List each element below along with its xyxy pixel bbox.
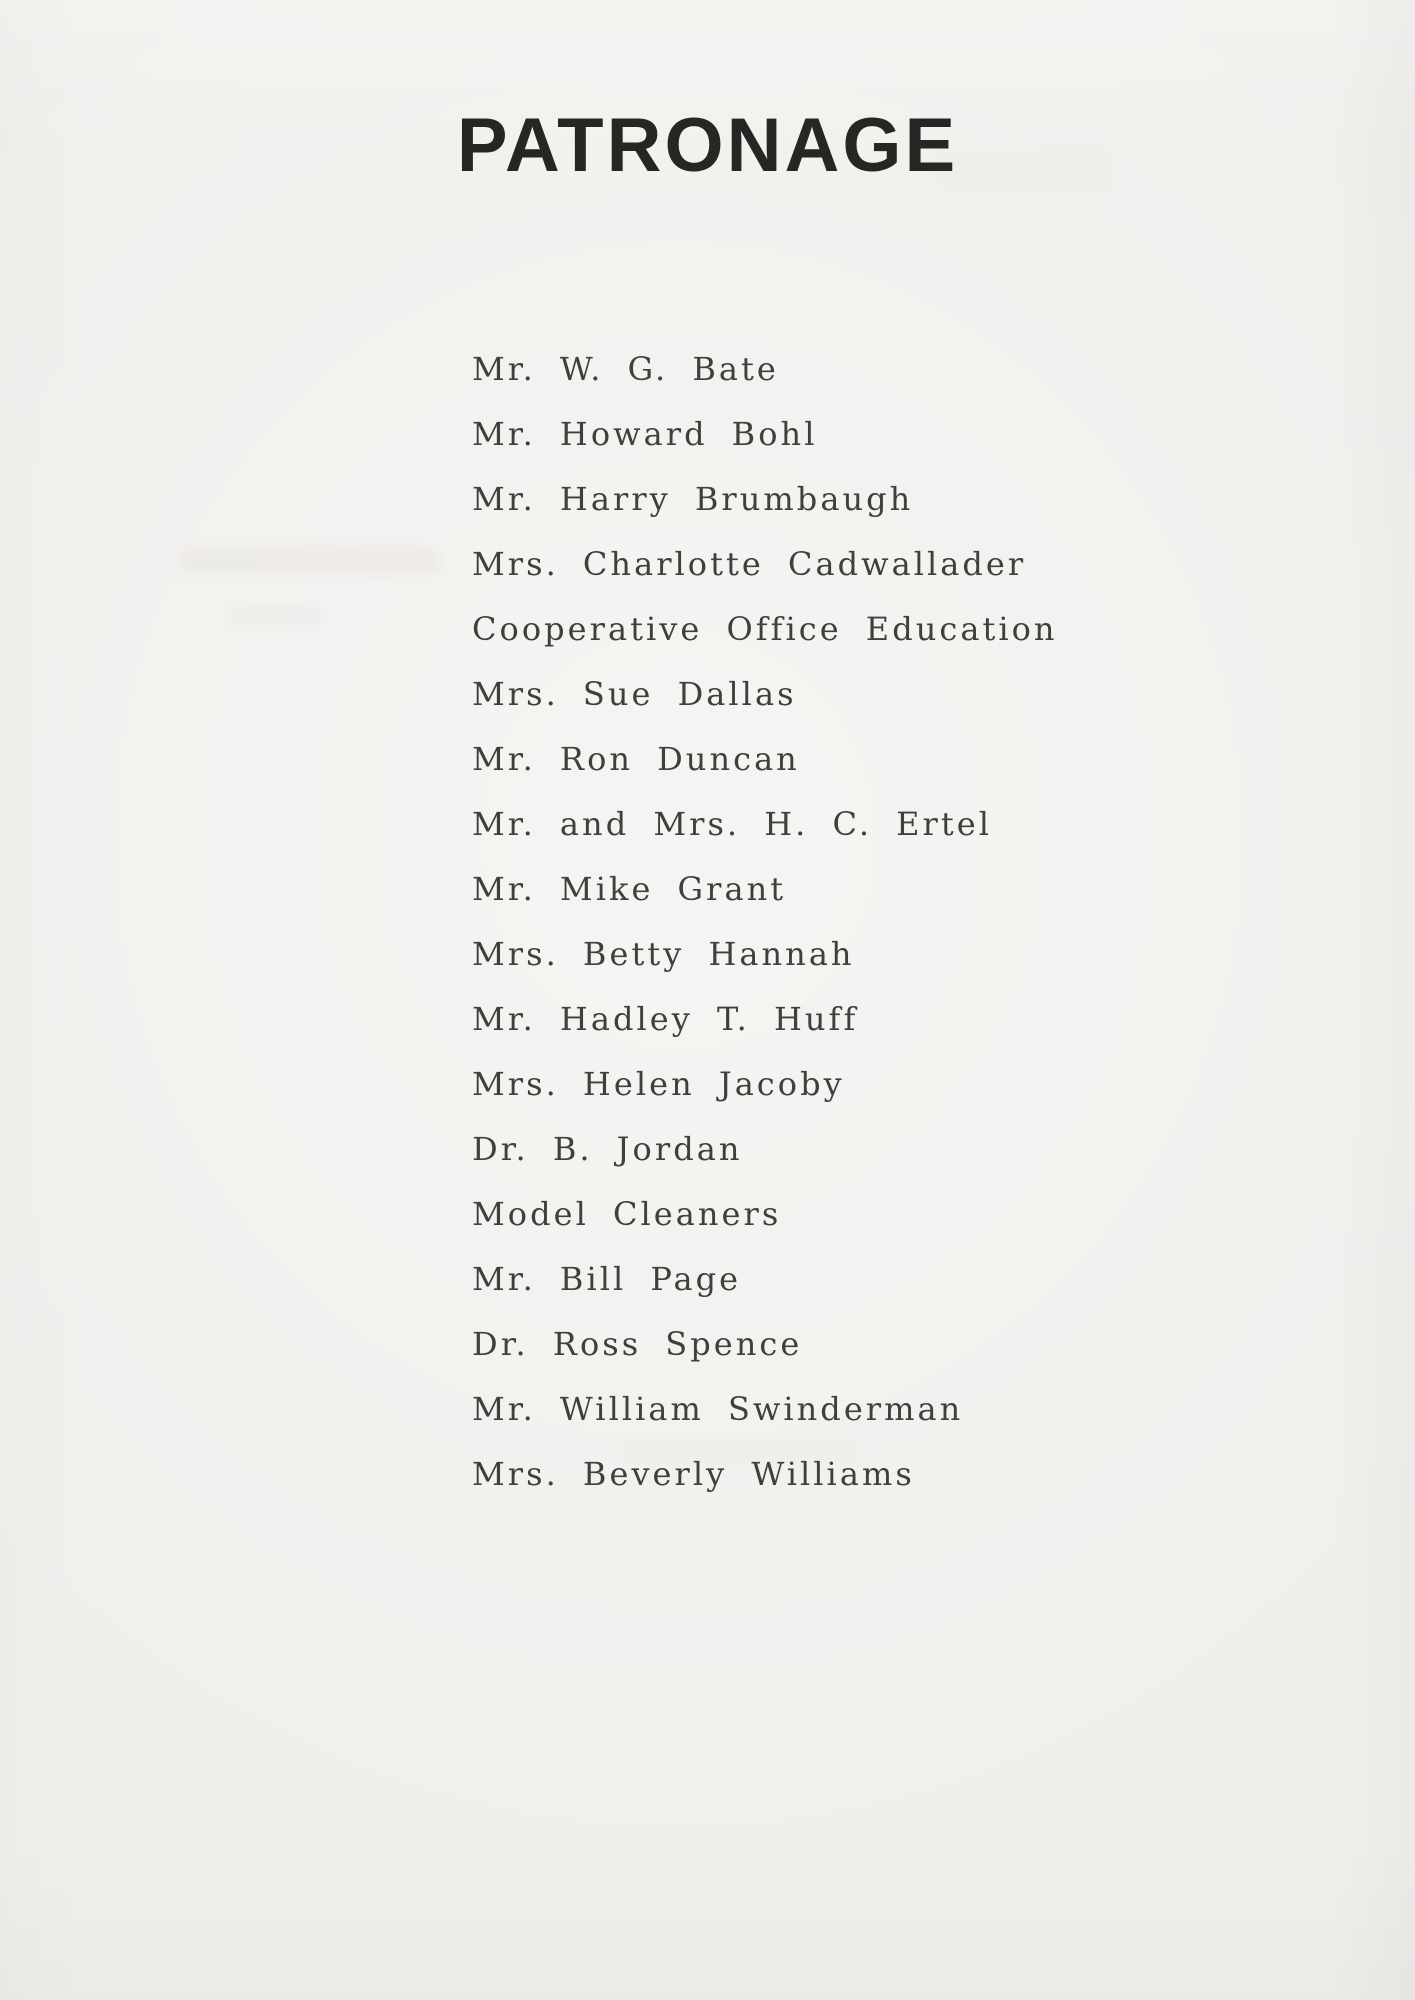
patron-list-item: Mr. Bill Page xyxy=(472,1247,1058,1312)
patron-list-item: Mr. Mike Grant xyxy=(472,857,1058,922)
patron-list-item: Mr. Harry Brumbaugh xyxy=(472,467,1058,532)
patron-list-item: Model Cleaners xyxy=(472,1182,1058,1247)
patron-list-item: Mrs. Charlotte Cadwallader xyxy=(472,532,1058,597)
patron-list-item: Mr. Howard Bohl xyxy=(472,402,1058,467)
scanned-patronage-page: PATRONAGE Mr. W. G. Bate Mr. Howard Bohl… xyxy=(0,0,1415,2000)
page-title: PATRONAGE xyxy=(0,108,1415,184)
bleed-through-smudge xyxy=(182,548,442,574)
patron-list-item: Cooperative Office Education xyxy=(472,597,1058,662)
patron-list-item: Mrs. Beverly Williams xyxy=(472,1442,1058,1507)
patron-list-item: Mrs. Betty Hannah xyxy=(472,922,1058,987)
patron-list-item: Mr. William Swinderman xyxy=(472,1377,1058,1442)
patron-list-item: Mr. W. G. Bate xyxy=(472,337,1058,402)
patron-list-item: Mrs. Sue Dallas xyxy=(472,662,1058,727)
patron-list-item: Dr. Ross Spence xyxy=(472,1312,1058,1377)
patron-list-item: Mr. Ron Duncan xyxy=(472,727,1058,792)
patron-list-item: Mr. Hadley T. Huff xyxy=(472,987,1058,1052)
patron-list: Mr. W. G. Bate Mr. Howard Bohl Mr. Harry… xyxy=(472,337,1058,1507)
bleed-through-smudge xyxy=(228,608,320,626)
patron-list-item: Dr. B. Jordan xyxy=(472,1117,1058,1182)
patron-list-item: Mr. and Mrs. H. C. Ertel xyxy=(472,792,1058,857)
patron-list-item: Mrs. Helen Jacoby xyxy=(472,1052,1058,1117)
